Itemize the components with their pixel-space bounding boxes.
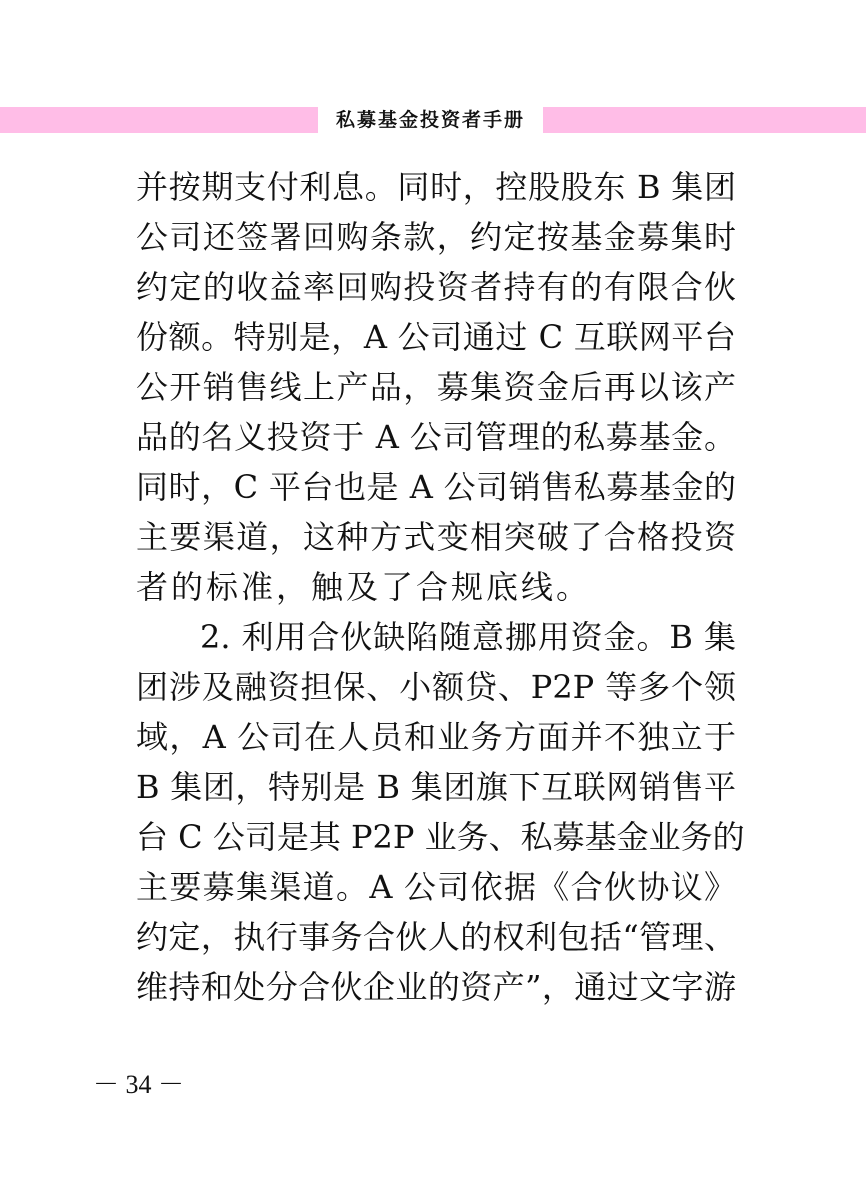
text-line: 域，A 公司在人员和业务方面并不独立于 — [136, 712, 736, 762]
section-heading-line: 2. 利用合伙缺陷随意挪用资金。B 集 — [136, 612, 736, 662]
text-line: 同时，C 平台也是 A 公司销售私募基金的 — [136, 462, 736, 512]
text-line: 维持和处分合伙企业的资产”，通过文字游 — [136, 962, 736, 1012]
text-line: 公司还签署回购条款，约定按基金募集时 — [136, 212, 736, 262]
header-band-left — [0, 107, 318, 133]
text-line: 约定，执行事务合伙人的权利包括“管理、 — [136, 912, 736, 962]
paragraph-2: 2. 利用合伙缺陷随意挪用资金。B 集 团涉及融资担保、小额贷、P2P 等多个领… — [136, 612, 736, 1012]
text-line: 公开销售线上产品，募集资金后再以该产 — [136, 362, 736, 412]
paragraph-1: 并按期支付利息。同时，控股股东 B 集团 公司还签署回购条款，约定按基金募集时 … — [136, 162, 736, 612]
text-line: 份额。特别是，A 公司通过 C 互联网平台 — [136, 312, 736, 362]
text-line: 品的名义投资于 A 公司管理的私募基金。 — [136, 412, 736, 462]
text-line: 者的标准，触及了合规底线。 — [136, 562, 736, 612]
text-line: 主要募集渠道。A 公司依据《合伙协议》 — [136, 862, 736, 912]
text-line: 并按期支付利息。同时，控股股东 B 集团 — [136, 162, 736, 212]
text-line: 主要渠道，这种方式变相突破了合格投资 — [136, 512, 736, 562]
body-text: 并按期支付利息。同时，控股股东 B 集团 公司还签署回购条款，约定按基金募集时 … — [136, 162, 736, 1012]
book-title: 私募基金投资者手册 — [318, 107, 543, 133]
header-band-right — [543, 107, 866, 133]
text-line: 约定的收益率回购投资者持有的有限合伙 — [136, 262, 736, 312]
running-header: 私募基金投资者手册 — [0, 107, 866, 133]
page-number: － 34 － — [93, 1070, 184, 1100]
text-line: B 集团，特别是 B 集团旗下互联网销售平 — [136, 762, 736, 812]
text-line: 台 C 公司是其 P2P 业务、私募基金业务的 — [136, 812, 736, 862]
text-line: 团涉及融资担保、小额贷、P2P 等多个领 — [136, 662, 736, 712]
